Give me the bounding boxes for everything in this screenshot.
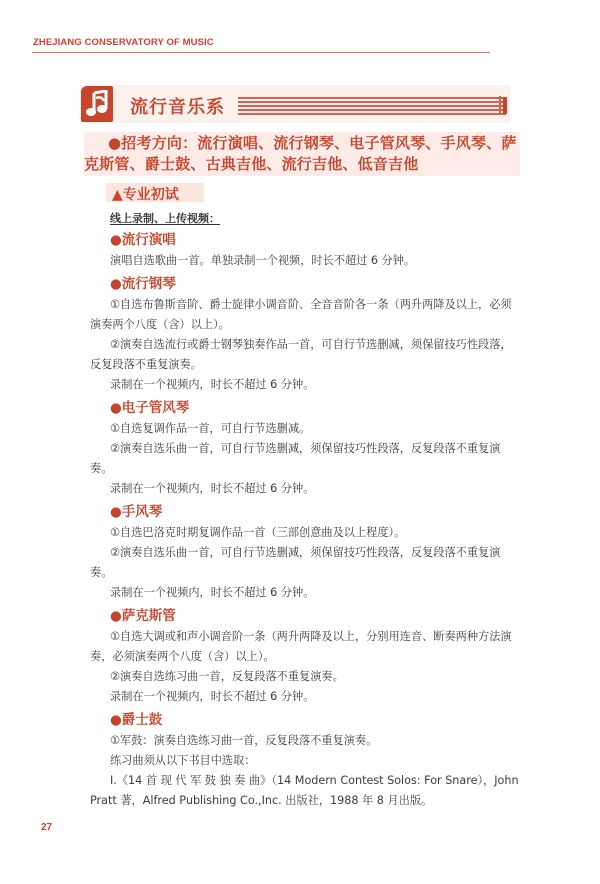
section-title: ●萨克斯管 <box>90 605 520 627</box>
section-paragraph: ②演奏自选练习曲一首，反复段落不重复演奏。 <box>90 667 520 687</box>
staff-lines-decoration <box>238 96 506 114</box>
section-paragraph: ①自选大调或和声小调音阶一条（两升两降及以上，分别用连音、断奏两种方法演奏，必须… <box>90 627 520 667</box>
section-saxophone: ●萨克斯管 ①自选大调或和声小调音阶一条（两升两降及以上，分别用连音、断奏两种方… <box>90 605 520 707</box>
section-paragraph: 录制在一个视频内，时长不超过 6 分钟。 <box>90 583 520 603</box>
section-pop-vocal: ●流行演唱 演唱自选歌曲一首。单独录制一个视频，时长不超过 6 分钟。 <box>90 229 520 271</box>
institution-header: ZHEJIANG CONSERVATORY OF MUSIC <box>33 37 214 48</box>
music-note-icon <box>81 86 113 122</box>
header-divider <box>32 52 490 53</box>
section-title: ●爵士鼓 <box>90 709 520 731</box>
section-title: ●流行演唱 <box>90 229 520 251</box>
section-accordion: ●手风琴 ①自选巴洛克时期复调作品一首（三部创意曲及以上程度）。 ②演奏自选乐曲… <box>90 501 520 603</box>
sections-content: ●流行演唱 演唱自选歌曲一首。单独录制一个视频，时长不超过 6 分钟。 ●流行钢… <box>90 228 520 811</box>
online-recording-label: 线上录制、上传视频： <box>110 210 220 226</box>
section-paragraph: 录制在一个视频内，时长不超过 6 分钟。 <box>90 479 520 499</box>
section-jazz-drums: ●爵士鼓 ①军鼓：演奏自选练习曲一首，反复段落不重复演奏。 练习曲须从以下书目中… <box>90 709 520 811</box>
section-title: ●流行钢琴 <box>90 273 520 295</box>
section-paragraph: ①自选复调作品一首，可自行节选删减。 <box>90 419 520 439</box>
section-title: ●手风琴 <box>90 501 520 523</box>
section-paragraph: 演唱自选歌曲一首。单独录制一个视频，时长不超过 6 分钟。 <box>90 251 520 271</box>
section-paragraph: ②演奏自选乐曲一首，可自行节选删减，须保留技巧性段落，反复段落不重复演奏。 <box>90 543 520 583</box>
section-paragraph: ②演奏自选流行或爵士钢琴独奏作品一首，可自行节选删减，须保留技巧性段落，反复段落… <box>90 335 520 375</box>
section-title: ●电子管风琴 <box>90 397 520 419</box>
section-paragraph: 练习曲须从以下书目中选取： <box>90 751 520 771</box>
section-paragraph: I.《14 首 现 代 军 鼓 独 奏 曲》（14 Modern Contest… <box>90 771 520 811</box>
section-pop-piano: ●流行钢琴 ①自选布鲁斯音阶、爵士旋律小调音阶、全音音阶各一条（两升两降及以上，… <box>90 273 520 395</box>
section-paragraph: ①自选巴洛克时期复调作品一首（三部创意曲及以上程度）。 <box>90 523 520 543</box>
section-paragraph: 录制在一个视频内，时长不超过 6 分钟。 <box>90 687 520 707</box>
exam-direction: ●招考方向：流行演唱、流行钢琴、电子管风琴、手风琴、萨克斯管、爵士鼓、古典吉他、… <box>84 133 520 175</box>
section-paragraph: ①军鼓：演奏自选练习曲一首，反复段落不重复演奏。 <box>90 731 520 751</box>
department-title: 流行音乐系 <box>130 93 225 119</box>
section-paragraph: ②演奏自选乐曲一首，可自行节选删减，须保留技巧性段落，反复段落不重复演奏。 <box>90 439 520 479</box>
section-electronic-organ: ●电子管风琴 ①自选复调作品一首，可自行节选删减。 ②演奏自选乐曲一首，可自行节… <box>90 397 520 499</box>
section-paragraph: 录制在一个视频内，时长不超过 6 分钟。 <box>90 375 520 395</box>
prelim-heading: ▲专业初试 <box>112 184 179 204</box>
page-number: 27 <box>41 822 52 833</box>
section-paragraph: ①自选布鲁斯音阶、爵士旋律小调音阶、全音音阶各一条（两升两降及以上，必须演奏两个… <box>90 295 520 335</box>
